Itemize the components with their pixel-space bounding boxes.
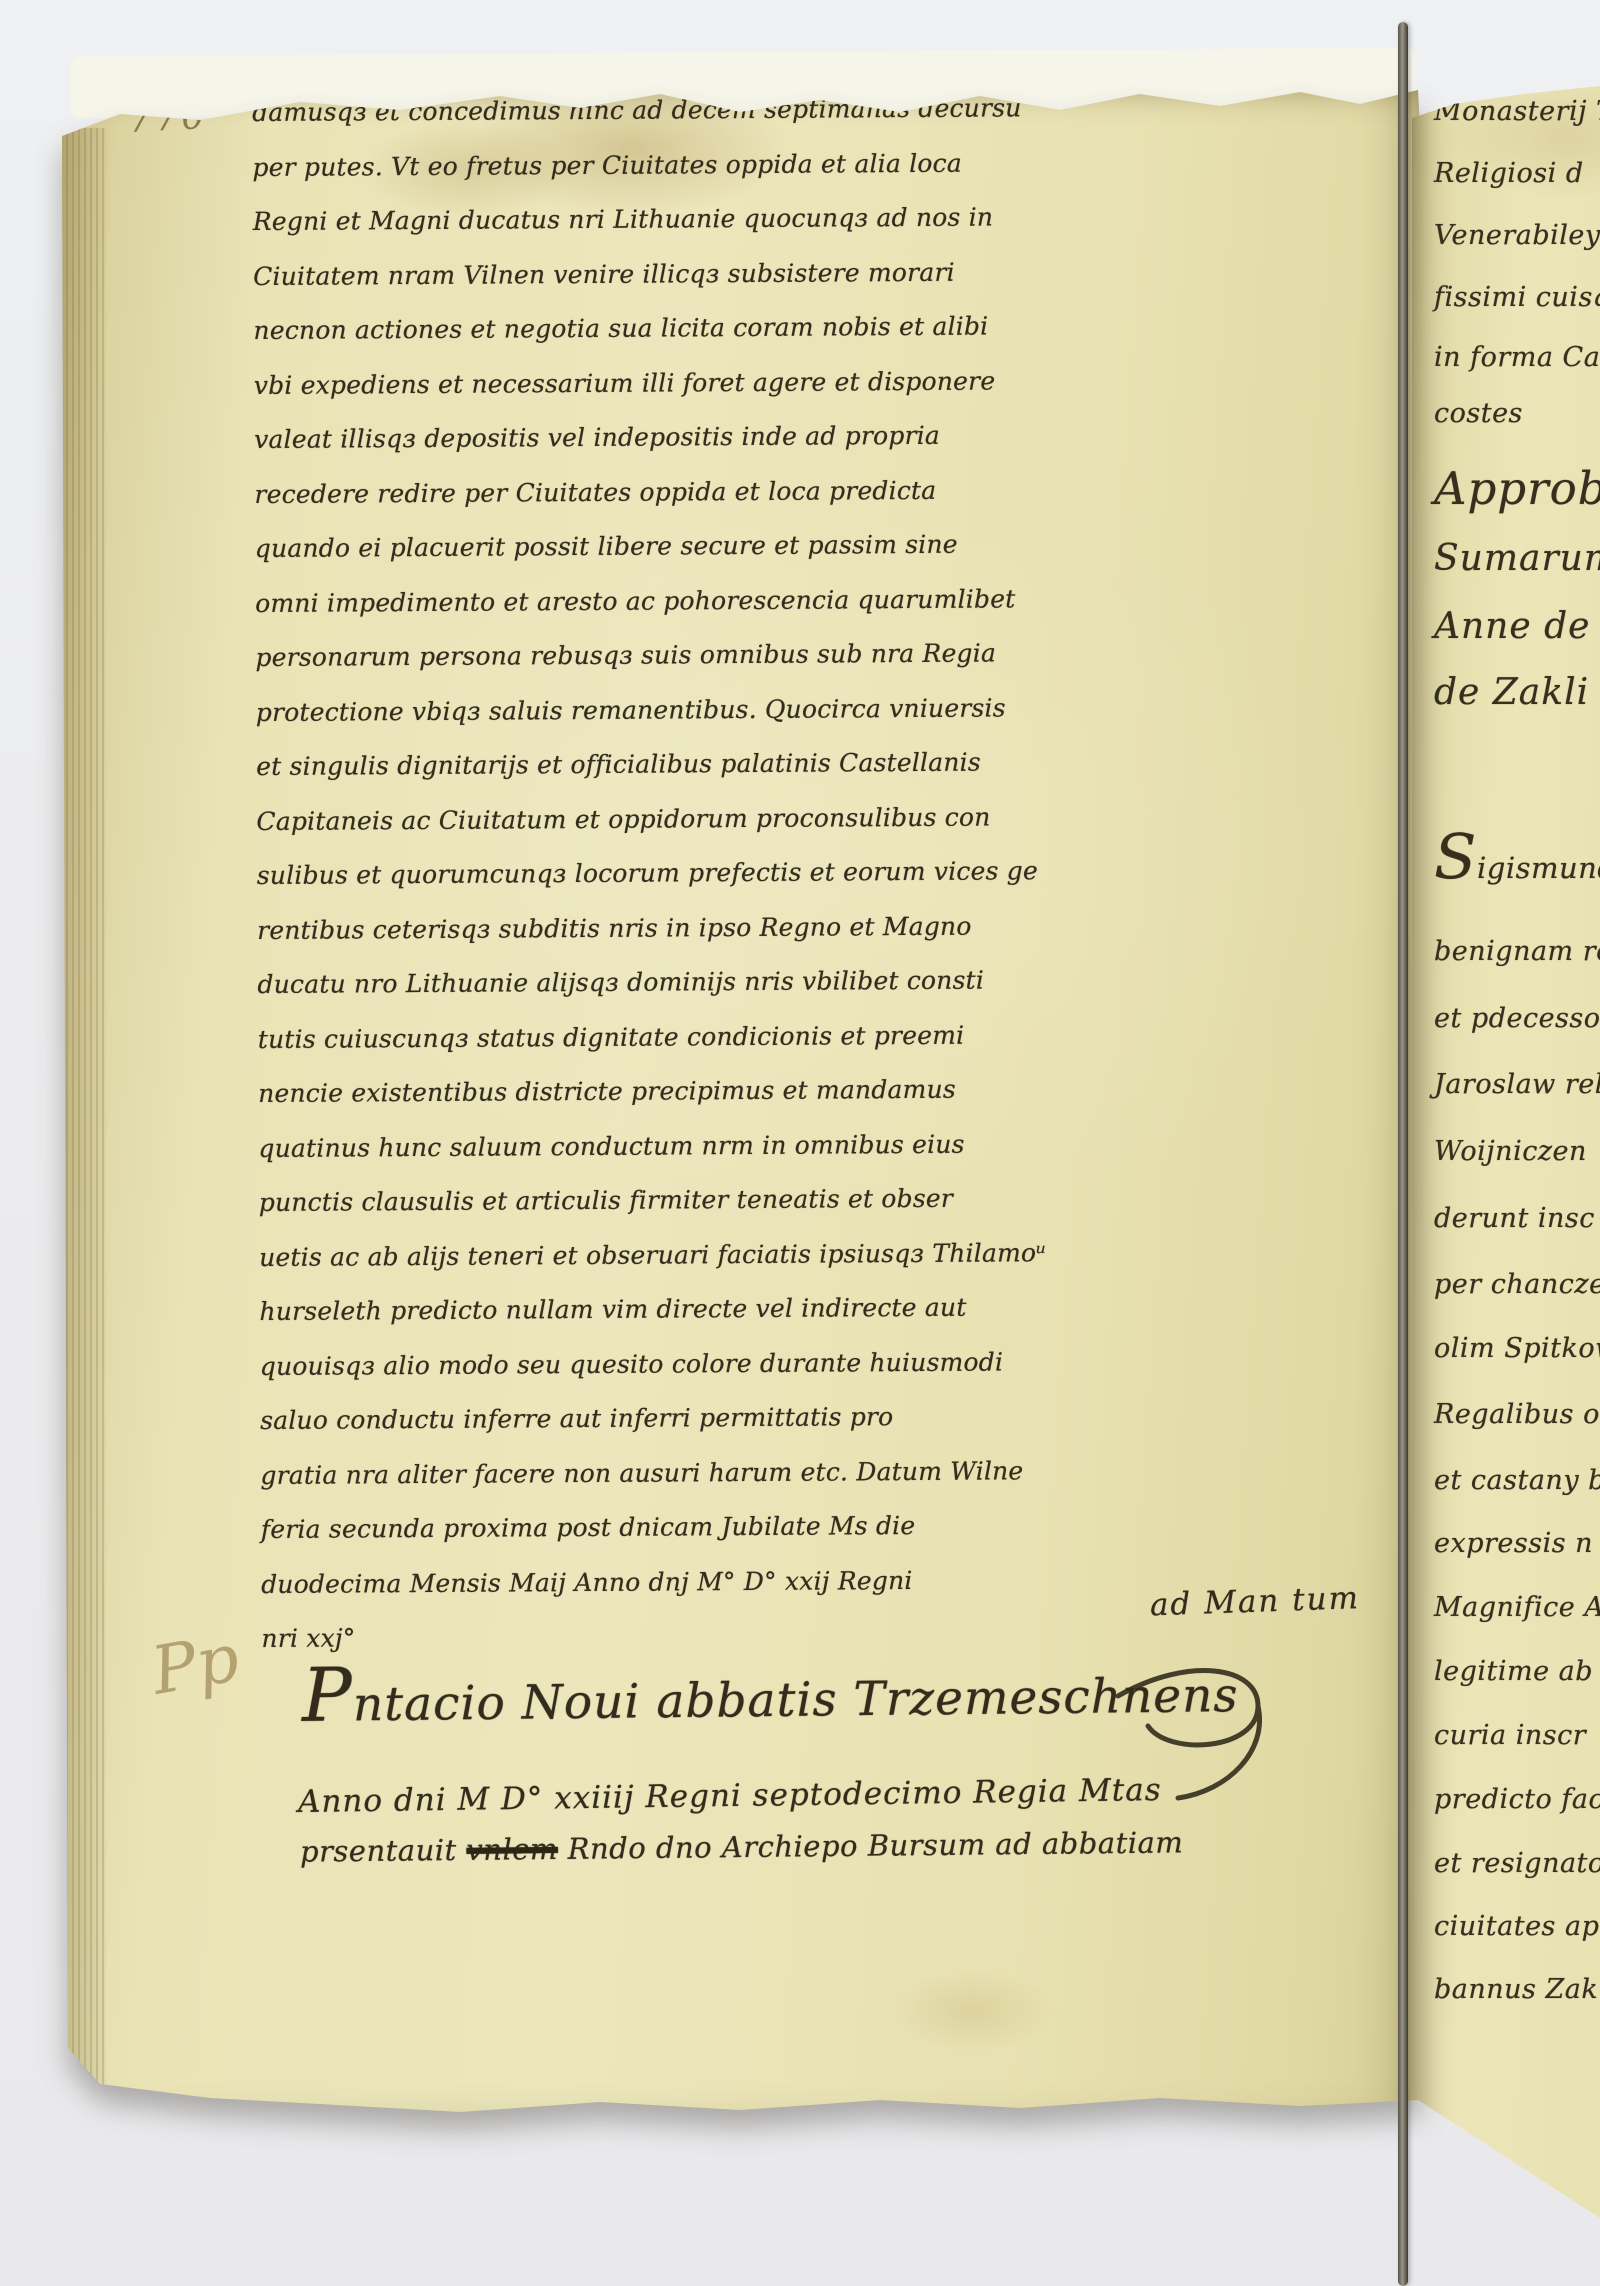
entry-presentation-line: prsentauit vnlem Rndo dno Archiepo Bursu… [300,1825,1184,1868]
manuscript-line: valeat illisqз depositis vel indepositis… [254,409,978,468]
right-page-heading-line: Sumarum [1434,538,1600,579]
right-page-line: Religiosi d [1434,158,1584,189]
manuscript-line: quouisqз alio modo seu quesito colore du… [260,1335,984,1394]
manuscript-line: vbi expediens et necessarium illi foret … [254,354,978,413]
strikethrough-word: vnlem [466,1832,558,1867]
book-block-edge [60,128,106,2093]
right-page-line: et castany b [1434,1465,1600,1496]
right-page-line: per chanczel [1434,1269,1600,1300]
right-page-line: ciuitates app [1434,1911,1600,1942]
manuscript-line: personarum persona rebusqз suis omnibus … [255,627,979,686]
manuscript-line: protectione vbiqз saluis remanentibus. Q… [256,681,980,740]
manuscript-line: feria secunda proxima post dnicam Jubila… [261,1499,985,1558]
right-page-line: derunt insc [1434,1203,1595,1234]
entry-text-before: prsentauit [300,1833,457,1869]
manuscript-line: Capitaneis ac Ciuitatum et oppidorum pro… [256,790,980,849]
right-page-line: et resignato [1434,1848,1600,1879]
right-page-line: costes [1434,398,1523,429]
page-holder-rod [1398,22,1408,2286]
manuscript-line: tutis cuiuscunqз status dignitate condic… [258,1008,982,1067]
right-page-line: Regalibus o [1434,1399,1600,1430]
right-page-line: fissimi cuisqз [1434,282,1600,313]
right-page-line: predicto fact [1434,1784,1600,1815]
manuscript-line: quatinus hunc saluum conductum nrm in om… [258,1117,982,1176]
right-page-line: Woijniczen [1434,1136,1587,1167]
right-page-line: Magnifice An [1434,1592,1600,1623]
chancery-signature: ad Man tum [1019,1580,1360,1628]
manuscript-photo: 770 damusqз et concedimus hinc ad decem … [0,0,1600,2286]
right-page-heading: Approba [1434,462,1600,515]
right-page-line: curia inscr [1434,1720,1586,1751]
right-page-line: in forma Ca [1434,342,1600,373]
manuscript-line: nencie existentibus districte precipimus… [258,1063,982,1122]
manuscript-line: Regni et Magni ducatus nri Lithuanie quo… [253,191,977,250]
right-page-line: olim Spitkow [1434,1333,1600,1364]
right-page-line: bannus Zak [1434,1974,1598,2005]
manuscript-line: saluo conductu inferre aut inferri permi… [260,1390,984,1449]
left-page: 770 damusqз et concedimus hinc ad decem … [60,88,1420,2112]
entry-text-after: Rndo dno Archiepo Bursum ad abbatiam [567,1825,1183,1865]
right-page-line: et pdecessor [1434,1003,1600,1034]
manuscript-line: uetis ac ab alijs teneri et obseruari fa… [259,1226,983,1285]
right-page-line: Monasterij T [1434,96,1600,127]
manuscript-line: necnon actiones et negotia sua licita co… [253,300,977,359]
manuscript-line: gratia nra aliter facere non ausuri haru… [260,1444,984,1503]
manuscript-line: et singulis dignitarijs et officialibus … [256,736,980,795]
margin-mark: Pp [146,1619,245,1710]
right-page-line: expressis n [1434,1528,1593,1559]
right-page-line: legitime ab [1434,1656,1593,1687]
manuscript-line: punctis clausulis et articulis firmiter … [259,1172,983,1231]
manuscript-line: recedere redire per Ciuitates oppida et … [254,463,978,522]
manuscript-body: damusqз et concedimus hinc ad decem sept… [252,82,986,1667]
right-page-line: Venerabiley [1434,220,1600,251]
manuscript-line: hurseleth predicto nullam vim directe ve… [259,1281,983,1340]
right-page-heading-line: de Zakli [1434,672,1589,713]
right-page-line: benignam re [1434,936,1600,967]
manuscript-line: duodecima Mensis Maij Anno dnj M° D° xxi… [261,1553,985,1612]
right-page: Monasterij T Religiosi d Venerabiley fis… [1412,0,1600,2286]
manuscript-line: sulibus et quorumcunqз locorum prefectis… [257,845,981,904]
manuscript-line: Ciuitatem nram Vilnen venire illicqз sub… [253,245,977,304]
right-page-line: Jaroslaw rel [1434,1069,1600,1100]
manuscript-line: ducatu nro Lithuanie alijsqз dominijs nr… [257,954,981,1013]
section-heading: Pntacio Noui abbatis Trzemeschnens [302,1643,1239,1739]
manuscript-line: omni impedimento et aresto ac pohorescen… [255,572,979,631]
manuscript-line: rentibus ceterisqз subditis nris in ipso… [257,899,981,958]
entry-date-line: Anno dni M D° xxiiij Regni septodecimo R… [298,1772,1162,1820]
manuscript-line: per putes. Vt eo fretus per Ciuitates op… [252,136,976,195]
right-page-heading-line: Anne de [1434,606,1590,647]
right-page-initial-line: Sigismundus [1434,820,1600,893]
manuscript-line: quando ei placuerit possit libere secure… [255,518,979,577]
